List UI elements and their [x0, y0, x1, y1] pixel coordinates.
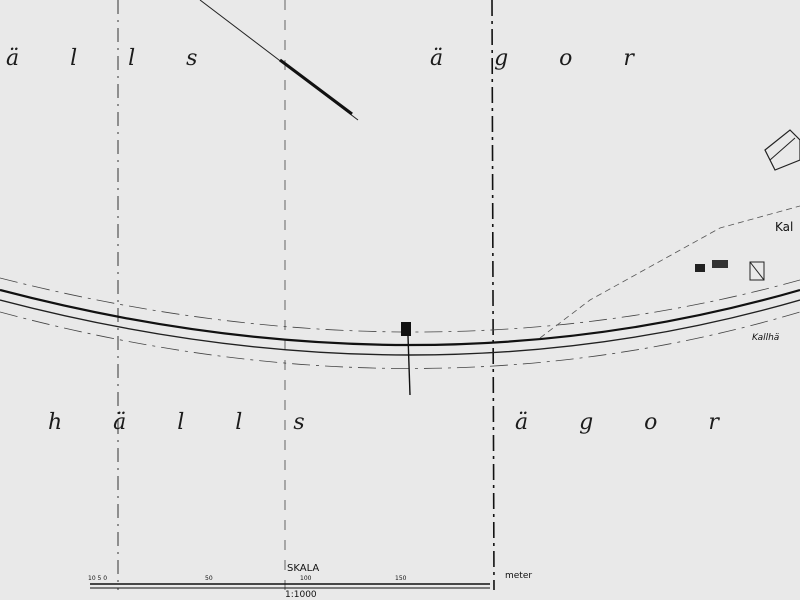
- building-icon: [765, 130, 800, 170]
- railway-track: [0, 290, 800, 345]
- scale-tick: 100: [300, 575, 311, 582]
- building-hatch: [750, 262, 764, 280]
- railway-track: [0, 300, 800, 355]
- scale-tick: 50: [205, 575, 213, 582]
- place-label: Kal: [775, 220, 793, 234]
- scale-tick: 150: [395, 575, 406, 582]
- field-label: ä g o r: [515, 410, 741, 435]
- field-label: h ä l l s: [48, 410, 327, 435]
- structure-icon: [401, 322, 411, 336]
- railway-boundary: [0, 312, 800, 369]
- scale-unit: meter: [505, 571, 532, 581]
- historical-map: ä l l s ä g o r h ä l l s ä g o r Kal Ka…: [0, 0, 800, 600]
- field-label: ä l l s: [6, 46, 219, 71]
- building-hatch: [770, 138, 795, 160]
- building-icon: [712, 260, 728, 268]
- railway-boundary: [0, 278, 800, 332]
- boundary-line: [492, 0, 494, 590]
- field-label: ä g o r: [430, 46, 656, 71]
- scale-tick: 10 5 0: [88, 575, 107, 582]
- building-icon: [695, 264, 705, 272]
- scale-ratio: 1:1000: [285, 590, 317, 600]
- north-arrow-icon: [280, 60, 352, 114]
- branch-line: [540, 206, 800, 338]
- map-linework: [0, 0, 800, 600]
- scale-title: SKALA: [287, 563, 319, 574]
- place-label: Kallhä: [752, 333, 779, 343]
